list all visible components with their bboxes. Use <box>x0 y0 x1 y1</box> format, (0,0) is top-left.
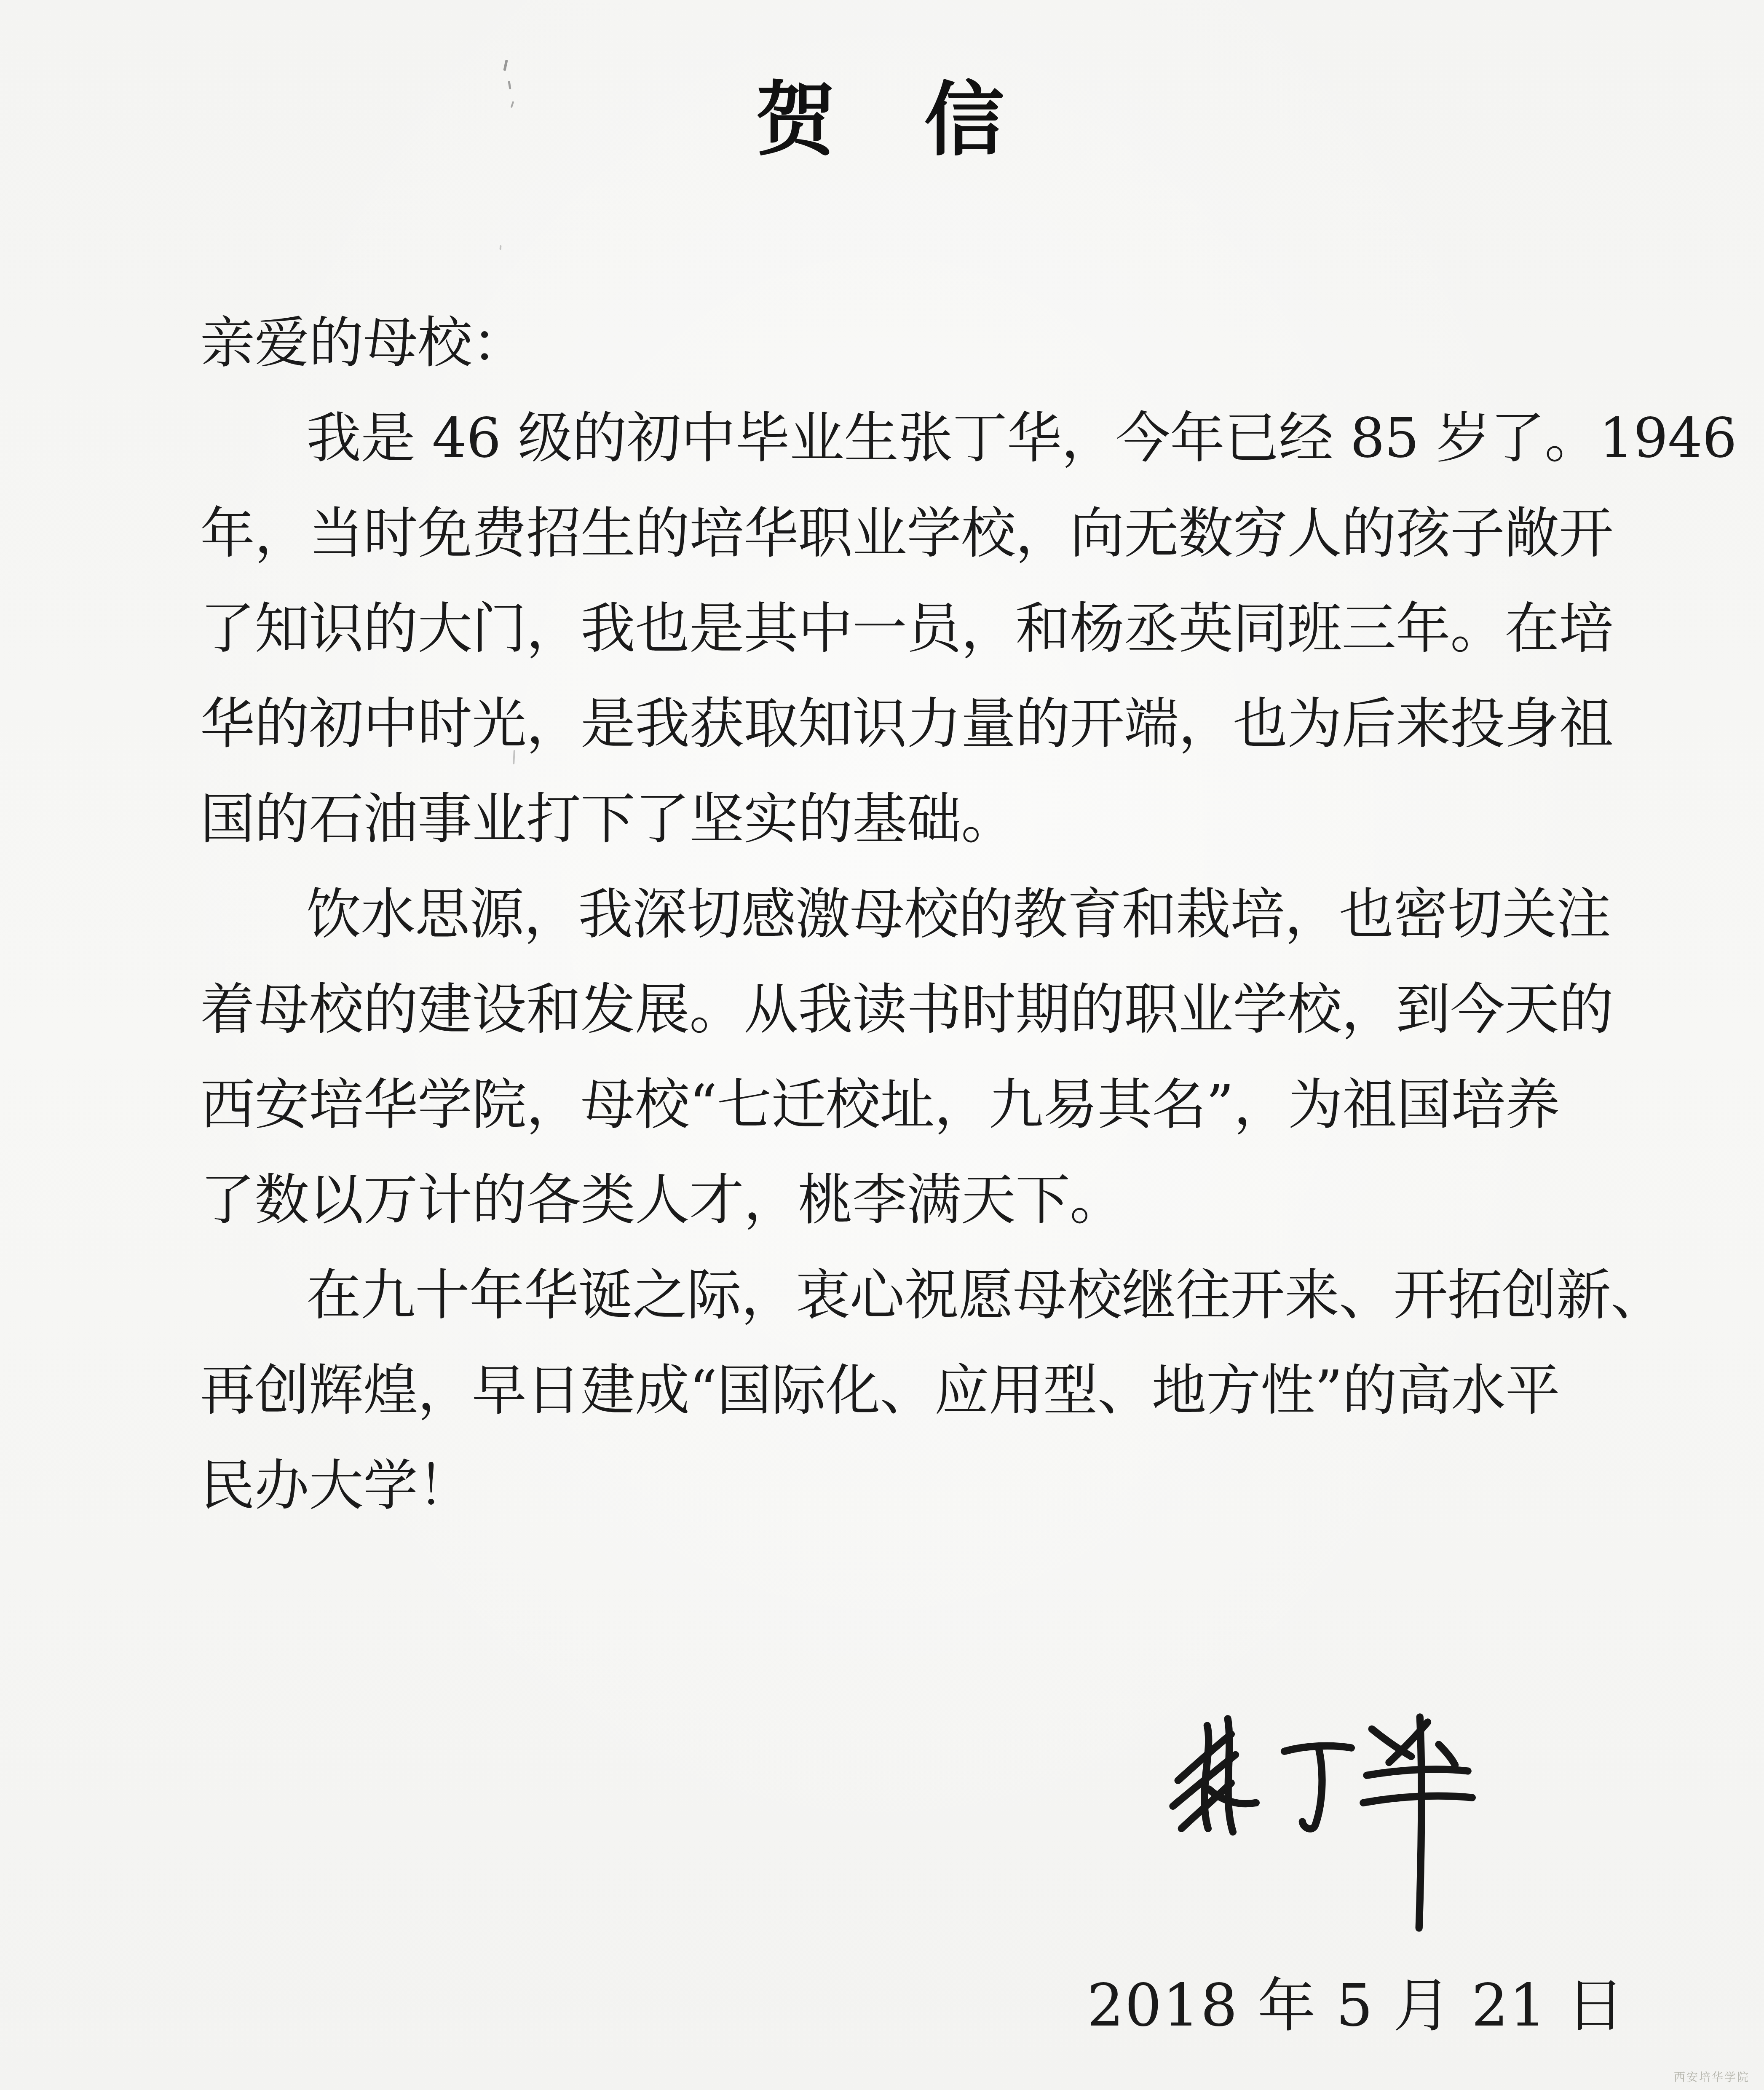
letter-line: 年，当时免费招生的培华职业学校，向无数穷人的孩子敞开 <box>200 485 1705 581</box>
letter-line: 饮水思源，我深切感激母校的教育和栽培，也密切关注 <box>200 866 1705 962</box>
letter-line: 了知识的大门，我也是其中一员，和杨丞英同班三年。在培 <box>200 581 1705 676</box>
scan-speck <box>500 245 502 250</box>
letter-title: 贺 信 <box>0 72 1764 169</box>
letter-line: 再创辉煌，早日建成“国际化、应用型、地方性”的高水平 <box>200 1342 1705 1438</box>
letter-line: 着母校的建设和发展。从我读书时期的职业学校，到今天的 <box>200 962 1705 1057</box>
letter-line: 了数以万计的各类人才，桃李满天下。 <box>200 1152 1705 1247</box>
letter-line: 华的初中时光，是我获取知识力量的开端，也为后来投身祖 <box>200 676 1705 771</box>
signature-handwriting <box>1154 1698 1483 1938</box>
letter-line: 国的石油事业打下了坚实的基础。 <box>200 771 1705 866</box>
letter-line: 在九十年华诞之际，衷心祝愿母校继往开来、开拓创新、 <box>200 1247 1705 1342</box>
scan-speck <box>503 60 508 71</box>
letter-body: 亲爱的母校： 我是 46 级的初中毕业生张丁华，今年已经 85 岁了。1946 … <box>200 295 1705 1533</box>
letter-line: 我是 46 级的初中毕业生张丁华，今年已经 85 岁了。1946 <box>200 390 1705 485</box>
letter-line: 西安培华学院，母校“七迁校址，九易其名”，为祖国培养 <box>200 1057 1705 1152</box>
scanned-letter-page: 贺 信 亲爱的母校： 我是 46 级的初中毕业生张丁华，今年已经 85 岁了。1… <box>0 0 1764 2090</box>
letter-line: 民办大学！ <box>200 1438 1705 1533</box>
salutation: 亲爱的母校： <box>200 295 1705 390</box>
scan-watermark: 西安培华学院 <box>1674 2068 1750 2085</box>
letter-date: 2018 年 5 月 21 日 <box>1087 1972 1625 2039</box>
